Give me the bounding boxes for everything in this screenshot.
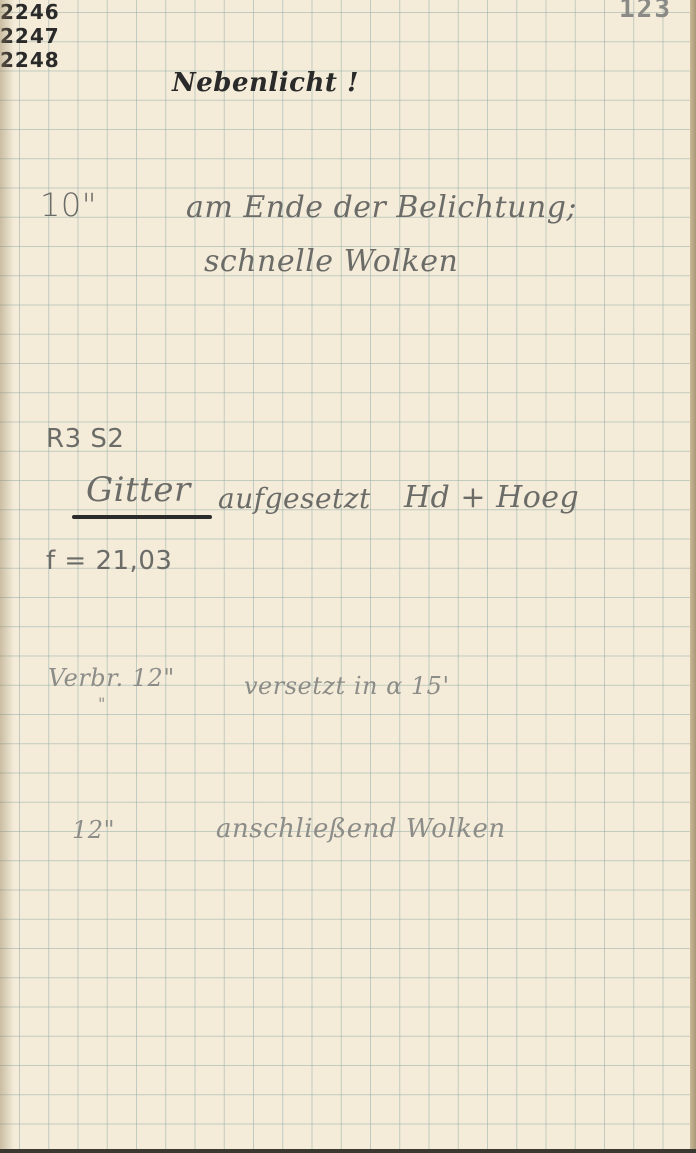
entry-2248-exposure: 12": [72, 816, 115, 844]
entry-2246-note-line-2: schnelle Wolken: [204, 244, 458, 279]
entry-2247-offset-note: versetzt in α 15': [244, 672, 450, 700]
entry-2246-number: 2246: [0, 0, 696, 24]
entry-2247-setup: R3 S2: [46, 424, 124, 454]
entry-2246-exposure: 10": [40, 186, 97, 224]
notebook-page: 123 Nebenlicht ! 2246 10" am Ende der Be…: [0, 0, 696, 1153]
entry-2247-exposure: Verbr. 12": [48, 664, 175, 692]
entry-2247-gitter: Gitter: [86, 470, 191, 510]
entry-2246-heading: Nebenlicht !: [172, 68, 359, 98]
entry-2247-aufgesetzt: aufgesetzt: [218, 482, 371, 515]
entry-2247-ditto-mark: ": [98, 694, 106, 713]
entry-2248-note: anschließend Wolken: [216, 814, 506, 844]
entry-2247-focus: f = 21,03: [46, 546, 172, 576]
page-edge-right: [690, 0, 696, 1153]
binding-shadow: [0, 0, 14, 1153]
entry-2247-number: 2247: [0, 24, 696, 48]
entry-2247-observers: Hd + Hoeg: [404, 480, 579, 515]
entry-2246-note-line-1: am Ende der Belichtung;: [186, 190, 577, 225]
page-number: 123: [619, 0, 672, 24]
gitter-underline: [72, 515, 212, 519]
page-edge-bottom: [0, 1149, 696, 1153]
